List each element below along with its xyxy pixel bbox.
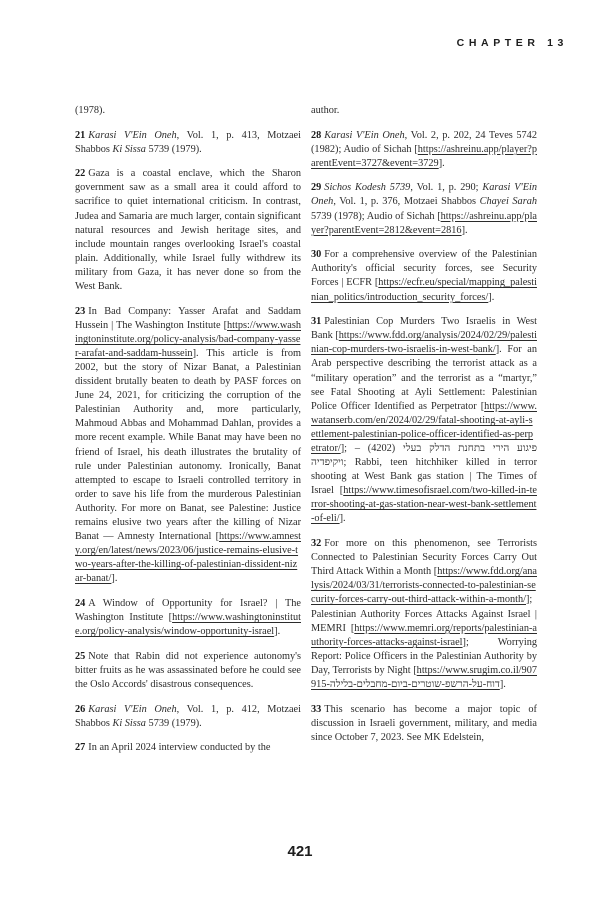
- footnote-list: 21Karasi V'Ein Oneh, Vol. 1, p. 413, Mot…: [75, 129, 301, 756]
- footnote-text: ].: [500, 679, 506, 690]
- footnote-27: 27In an April 2024 interview conducted b…: [75, 741, 301, 755]
- footnote-text: 5739 (1979).: [146, 718, 202, 729]
- footnote-text: 5739 (1978); Audio of Sichah [: [311, 211, 441, 222]
- footnote-text: This scenario has become a major topic o…: [311, 704, 537, 743]
- footnote-21: 21Karasi V'Ein Oneh, Vol. 1, p. 413, Mot…: [75, 129, 301, 157]
- footnote-number: 22: [75, 168, 85, 179]
- footnote-text: , Vol. 1, p. 376, Motzaei Shabbos: [333, 196, 479, 207]
- footnote-28: 28Karasi V'Ein Oneh, Vol. 2, p. 202, 24 …: [311, 129, 537, 171]
- footnote-number: 29: [311, 182, 321, 193]
- footnote-number: 33: [311, 704, 321, 715]
- footnote-32: 32For more on this phenomenon, see Terro…: [311, 537, 537, 692]
- footnote-text: Gaza is a coastal enclave, which the Sha…: [75, 168, 301, 292]
- footnotes-left-column: (1978). 21Karasi V'Ein Oneh, Vol. 1, p. …: [75, 104, 301, 766]
- footnote-33: 33This scenario has become a major topic…: [311, 703, 537, 745]
- footnote-text: ]. This article is from 2002, but the st…: [75, 348, 301, 542]
- footnote-title-italic: Karasi V'Ein Oneh: [324, 130, 404, 141]
- footnote-number: 28: [311, 130, 321, 141]
- chapter-header: CHAPTER 13: [457, 37, 568, 49]
- footnote-title-italic: Chayei Sarah: [480, 196, 537, 207]
- footnote-text: Note that Rabin did not experience auton…: [75, 651, 301, 690]
- page-number: 421: [0, 843, 600, 860]
- footnote-text: ];: [341, 443, 355, 454]
- footnote-number: 31: [311, 316, 321, 327]
- footnote-30: 30For a comprehensive overview of the Pa…: [311, 248, 537, 304]
- footnote-continuation: (1978).: [75, 104, 301, 118]
- footnote-list: 28Karasi V'Ein Oneh, Vol. 2, p. 202, 24 …: [311, 129, 537, 745]
- footnote-24: 24A Window of Opportunity for Israel? | …: [75, 597, 301, 639]
- footnote-number: 25: [75, 651, 85, 662]
- footnote-number: 26: [75, 704, 85, 715]
- footnote-text: , Vol. 1, p. 290;: [410, 182, 482, 193]
- footnote-25: 25Note that Rabin did not experience aut…: [75, 650, 301, 692]
- footnote-title-italic: Karasi V'Ein Oneh: [88, 704, 176, 715]
- footnote-text: ].: [462, 225, 468, 236]
- footnote-text: 5739 (1979).: [146, 144, 202, 155]
- footnote-number: 32: [311, 538, 321, 549]
- footnote-continuation: author.: [311, 104, 537, 118]
- footnote-number: 30: [311, 249, 321, 260]
- footnote-title-italic: Ki Sissa: [112, 718, 145, 729]
- footnote-text: In an April 2024 interview conducted by …: [88, 742, 270, 753]
- footnote-title-italic: Karasi V'Ein Oneh: [88, 130, 176, 141]
- footnote-text: ].: [439, 158, 445, 169]
- footnote-number: 21: [75, 130, 85, 141]
- footnote-29: 29Sichos Kodesh 5739, Vol. 1, p. 290; Ka…: [311, 181, 537, 237]
- footnote-text: ].: [274, 626, 280, 637]
- footnote-26: 26Karasi V'Ein Oneh, Vol. 1, p. 412, Mot…: [75, 703, 301, 731]
- footnote-title-italic: Ki Sissa: [112, 144, 145, 155]
- footnotes-right-column: author. 28Karasi V'Ein Oneh, Vol. 2, p. …: [311, 104, 537, 755]
- footnote-text: ].: [111, 573, 117, 584]
- footnote-text: ].: [488, 292, 494, 303]
- footnote-23: 23In Bad Company: Yasser Arafat and Sadd…: [75, 305, 301, 587]
- footnote-title-italic: Sichos Kodesh 5739: [324, 182, 410, 193]
- footnote-number: 27: [75, 742, 85, 753]
- footnote-31: 31Palestinian Cop Murders Two Israelis i…: [311, 315, 537, 526]
- footnote-22: 22Gaza is a coastal enclave, which the S…: [75, 167, 301, 294]
- footnote-number: 24: [75, 598, 85, 609]
- footnote-number: 23: [75, 306, 85, 317]
- footnote-text: ].: [340, 513, 346, 524]
